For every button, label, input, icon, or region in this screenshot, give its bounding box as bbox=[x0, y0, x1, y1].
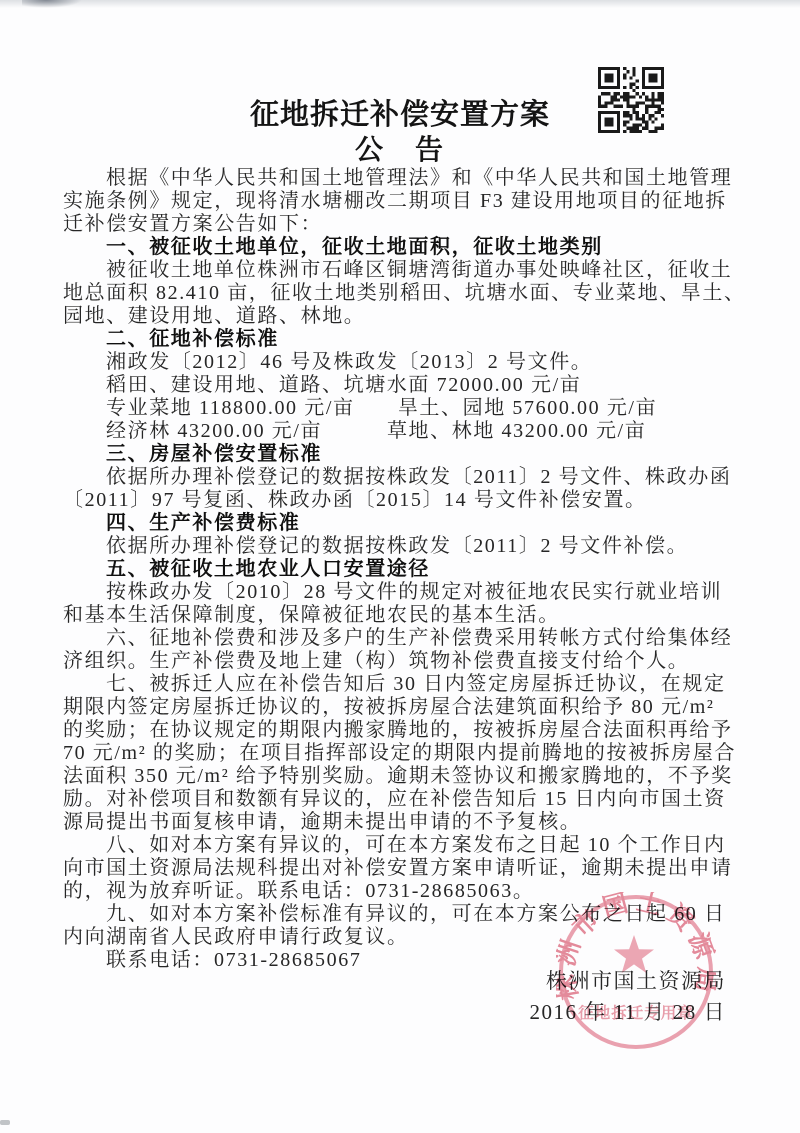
body-line: 地总面积 82.410 亩，征收土地类别稻田、坑塘水面、专业菜地、旱土、 bbox=[63, 282, 748, 305]
signature-block: 株洲市国土资源局 2016 年 11 月 28 日 bbox=[530, 966, 726, 1028]
document-body: 根据《中华人民共和国土地管理法》和《中华人民共和国土地管理实施条例》规定，现将清… bbox=[63, 167, 748, 972]
document-title: 征地拆迁补偿安置方案 bbox=[0, 92, 800, 133]
body-line: 和基本生活保障制度，保障被征地农民的基本生活。 bbox=[63, 604, 748, 627]
body-line: 六、征地补偿费和涉及多户的生产补偿费采用转帐方式付给集体经 bbox=[63, 627, 748, 650]
body-line: 稻田、建设用地、道路、坑塘水面 72000.00 元/亩 bbox=[63, 374, 748, 397]
body-line: 根据《中华人民共和国土地管理法》和《中华人民共和国土地管理 bbox=[63, 167, 748, 190]
section-heading: 四、生产补偿费标准 bbox=[63, 512, 748, 535]
body-line: 〔2011〕97 号复函、株政办函〔2015〕14 号文件补偿安置。 bbox=[63, 489, 748, 512]
section-heading: 二、征地补偿标准 bbox=[63, 328, 748, 351]
section-heading: 三、房屋补偿安置标准 bbox=[63, 443, 748, 466]
body-line: 八、如对本方案有异议的，可在本方案发布之日起 10 个工作日内 bbox=[63, 834, 748, 857]
body-line: 经济林 43200.00 元/亩 草地、林地 43200.00 元/亩 bbox=[63, 420, 748, 443]
body-line: 励。对补偿项目和数额有异议的，应在补偿告知后 15 日内向市国土资 bbox=[63, 788, 748, 811]
signature-agency: 株洲市国土资源局 bbox=[530, 966, 726, 997]
body-line: 园地、建设用地、道路、林地。 bbox=[63, 305, 748, 328]
body-line: 湘政发〔2012〕46 号及株政发〔2013〕2 号文件。 bbox=[63, 351, 748, 374]
body-line: 的奖励；在协议规定的期限内搬家腾地的，按被拆房屋合法面积再给予 bbox=[63, 719, 748, 742]
body-line: 被征收土地单位株洲市石峰区铜塘湾街道办事处映峰社区，征收土 bbox=[63, 259, 748, 282]
body-line: 实施条例》规定，现将清水塘棚改二期项目 F3 建设用地项目的征地拆 bbox=[63, 190, 748, 213]
body-line: 依据所办理补偿登记的数据按株政发〔2011〕2 号文件、株政办函 bbox=[63, 466, 748, 489]
scan-edge-shadow bbox=[0, 0, 800, 8]
body-line: 依据所办理补偿登记的数据按株政发〔2011〕2 号文件补偿。 bbox=[63, 535, 748, 558]
signature-date: 2016 年 11 月 28 日 bbox=[530, 997, 726, 1028]
body-line: 九、如对本方案补偿标准有异议的，可在本方案公布之日起 60 日 bbox=[63, 903, 748, 926]
body-line: 源局提出书面复核申请，逾期未提出申请的不予复核。 bbox=[63, 811, 748, 834]
body-line: 向市国土资源局法规科提出对补偿安置方案申请听证，逾期未提出申请 bbox=[63, 857, 748, 880]
body-line: 七、被拆迁人应在补偿告知后 30 日内签定房屋拆迁协议，在规定 bbox=[63, 673, 748, 696]
body-line: 的，视为放弃听证。联系电话：0731-28685063。 bbox=[63, 880, 748, 903]
document-subtitle: 公 告 bbox=[0, 128, 800, 168]
announcement-page: 征地拆迁补偿安置方案 公 告 根据《中华人民共和国土地管理法》和《中华人民共和国… bbox=[0, 0, 800, 1133]
body-line: 期限内签定房屋拆迁协议的，按被拆房屋合法建筑面积给予 80 元/m² bbox=[63, 696, 748, 719]
section-heading: 五、被征收土地农业人口安置途径 bbox=[63, 558, 748, 581]
body-line: 按株政办发〔2010〕28 号文件的规定对被征地农民实行就业培训 bbox=[63, 581, 748, 604]
section-heading: 一、被征收土地单位，征收土地面积，征收土地类别 bbox=[63, 236, 748, 259]
body-line: 法面积 350 元/m² 给予特别奖励。逾期未签协议和搬家腾地的，不予奖 bbox=[63, 765, 748, 788]
body-line: 70 元/m² 的奖励；在项目指挥部设定的期限内提前腾地的按被拆房屋合 bbox=[63, 742, 748, 765]
body-line: 内向湖南省人民政府申请行政复议。 bbox=[63, 926, 748, 949]
body-line: 迁补偿安置方案公告如下： bbox=[63, 213, 748, 236]
body-line: 专业菜地 118800.00 元/亩 旱土、园地 57600.00 元/亩 bbox=[63, 397, 748, 420]
scan-smudge bbox=[22, 0, 82, 8]
body-line: 济组织。生产补偿费及地上建（构）筑物补偿费直接支付给个人。 bbox=[63, 650, 748, 673]
scan-speck bbox=[0, 1120, 10, 1125]
